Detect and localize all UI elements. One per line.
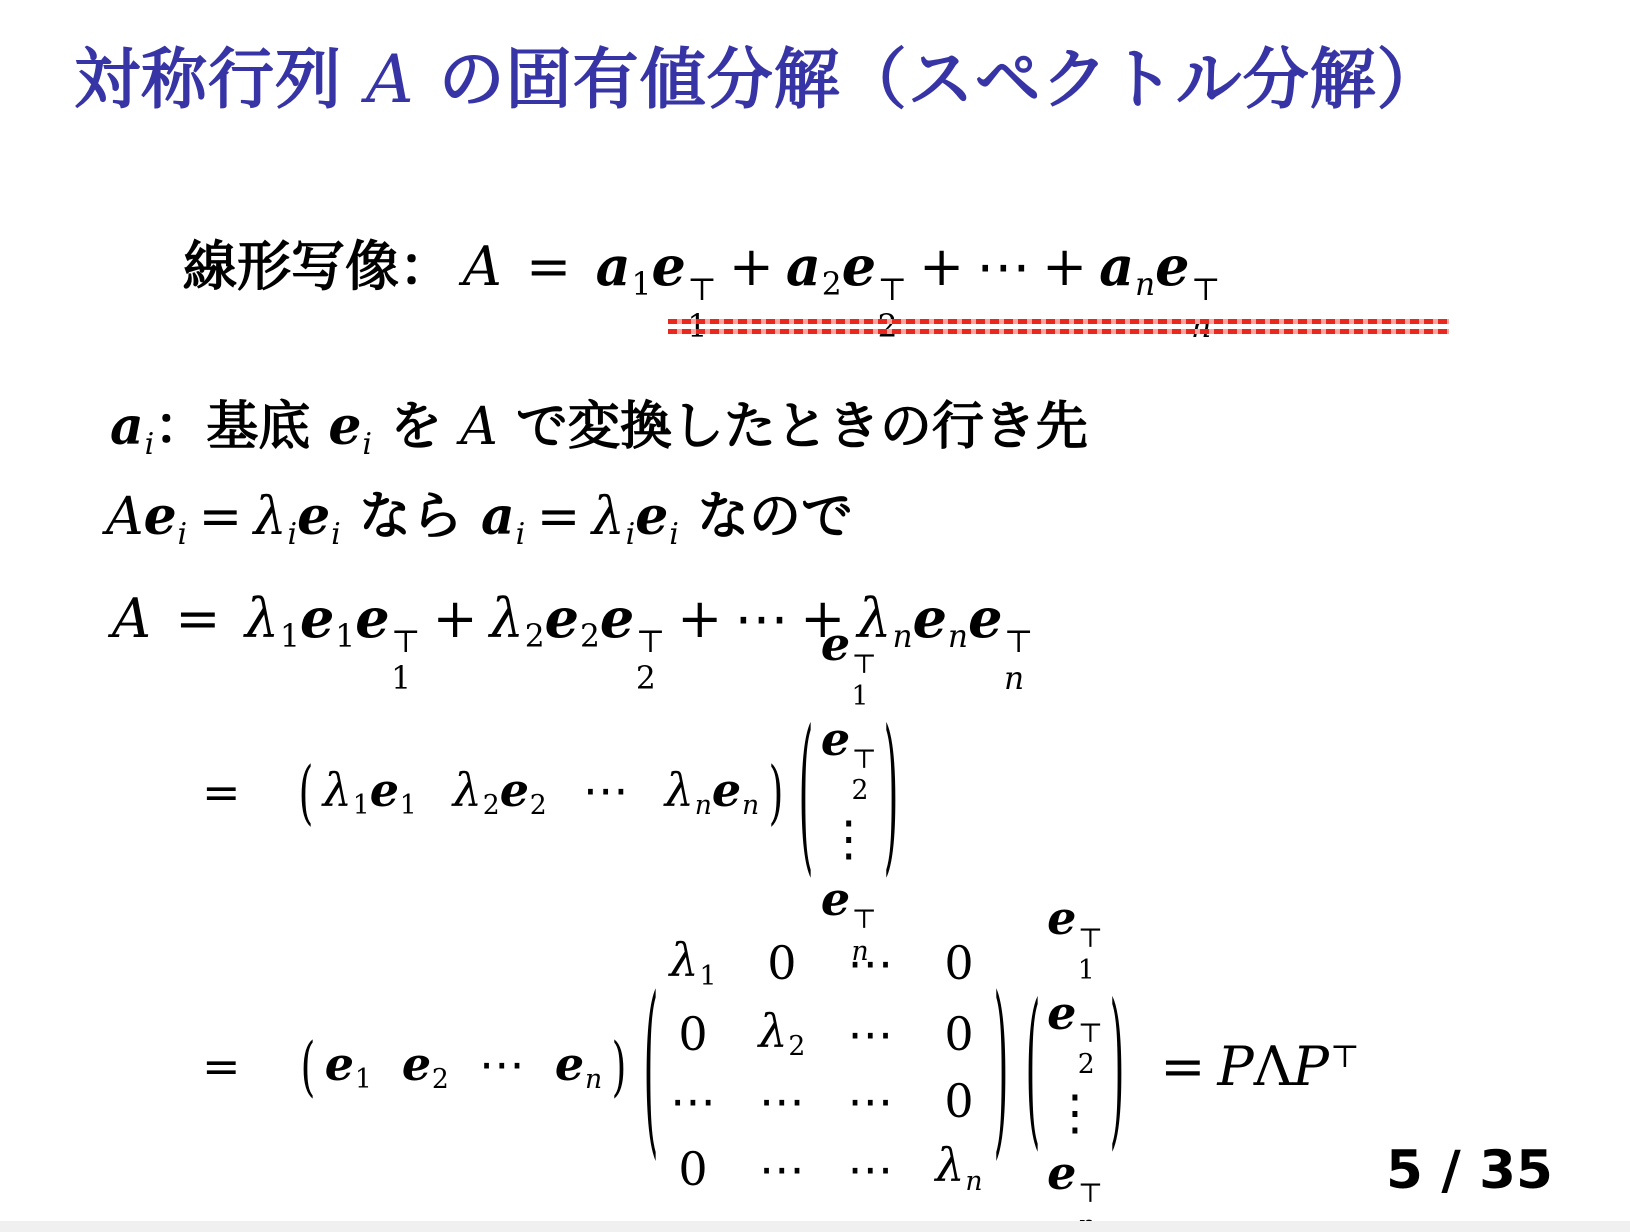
column-vector-cells: e⊤1 e⊤2 ⋮ e⊤n	[1042, 893, 1109, 1232]
linear-map-math: A=a1e⊤1+a2e⊤2+⋯+ane⊤n	[463, 235, 1221, 298]
page-title: 対称行列 A の固有値分解（スペクトル分解）	[74, 26, 1444, 121]
matrix-cell: e1	[325, 1037, 372, 1096]
paren-right: )	[1110, 981, 1125, 1151]
paren-left: (	[644, 972, 659, 1161]
underline-bar	[668, 329, 1449, 334]
matrix-cell: e⊤1	[821, 619, 877, 710]
matrix-cell: λ1e1	[323, 763, 417, 822]
equals-sign: =	[202, 765, 241, 819]
matrix-cell: 0	[678, 1145, 707, 1193]
column-vector-e-transpose: ( e⊤1 e⊤2 ⋮ e⊤n )	[1024, 893, 1127, 1232]
vertical-dots: ⋮	[1051, 1082, 1099, 1144]
equation-diagonal-form: = ( e1 e2 ⋯ en ) ( λ1 0 ⋯ 0 0 λ2 ⋯ 0 ⋯	[202, 938, 1360, 1194]
matrix-cell: λ1	[670, 936, 717, 991]
matrix-cell: ⋯	[479, 1037, 525, 1091]
paren-left: (	[1025, 981, 1040, 1151]
paren-right: )	[769, 758, 784, 827]
row-vector-cells: e1 e2 ⋯ en	[317, 1037, 611, 1096]
matrix-cell: ⋯	[670, 1077, 716, 1125]
explanation-line-2: Aei=λiei なら ai=λiei なので	[106, 474, 853, 552]
column-vector-e-transpose: ( e⊤1 e⊤2 ⋮ e⊤n )	[797, 619, 900, 965]
column-vector-cells: e⊤1 e⊤2 ⋮ e⊤n	[815, 619, 882, 965]
matrix-cell: ⋯	[759, 1145, 805, 1193]
matrix-cell: e⊤1	[1047, 893, 1103, 984]
p-lambda-p-result: =PΛP⊤	[1148, 1035, 1359, 1098]
matrix-cell: 0	[678, 1010, 707, 1058]
footer-bar	[0, 1221, 1630, 1232]
matrix-cell: 0	[767, 939, 796, 987]
matrix-cell: ⋯	[847, 1145, 893, 1193]
matrix-cell: 0	[944, 939, 973, 987]
matrix-cell: ⋯	[847, 1077, 893, 1125]
matrix-cell: ⋯	[759, 1077, 805, 1125]
matrix-cell: λ2e2	[453, 763, 547, 822]
matrix-cell: ⋯	[847, 939, 893, 987]
matrix-cell: ⋯	[847, 1010, 893, 1058]
paren-left: (	[298, 758, 313, 827]
diagonal-lambda-matrix: ( λ1 0 ⋯ 0 0 λ2 ⋯ 0 ⋯ ⋯ ⋯ 0 0 ⋯ ⋯ λn )	[642, 936, 1009, 1196]
page-number: 5 / 35	[1386, 1140, 1553, 1201]
matrix-cell: e⊤2	[1047, 988, 1103, 1079]
matrix-cell: en	[555, 1037, 602, 1096]
paren-right: )	[612, 1034, 627, 1098]
red-double-underline	[668, 319, 1449, 339]
underline-bar	[668, 319, 1449, 324]
row-vector-cells: λ1e1 λ2e2 ⋯ λnen	[315, 763, 768, 822]
vertical-dots: ⋮	[825, 808, 873, 870]
paren-left: (	[799, 707, 814, 877]
paren-left: (	[300, 1034, 315, 1098]
matrix-cell: λn	[935, 1141, 982, 1196]
diagonal-matrix-cells: λ1 0 ⋯ 0 0 λ2 ⋯ 0 ⋯ ⋯ ⋯ 0 0 ⋯ ⋯ λn	[660, 936, 991, 1196]
slide: 対称行列 A の固有値分解（スペクトル分解） 線形写像：A=a1e⊤1+a2e⊤…	[0, 0, 1630, 1232]
equation-row-col: = ( λ1e1 λ2e2 ⋯ λnen ) ( e⊤1 e⊤2 ⋮ e⊤n )	[202, 666, 900, 918]
explanation-line-1: ai：基底 ei を A で変換したときの行き先	[110, 384, 1088, 462]
row-vector-e: ( e1 e2 ⋯ en )	[299, 1037, 629, 1096]
linear-map-label: 線形写像：	[183, 235, 453, 298]
equals-sign: =	[202, 1039, 241, 1093]
matrix-cell: ⋯	[583, 763, 629, 817]
matrix-cell: 0	[944, 1077, 973, 1125]
matrix-cell: e⊤n	[1047, 1148, 1103, 1232]
matrix-cell: λnen	[665, 763, 759, 822]
paren-right: )	[884, 707, 899, 877]
matrix-cell: λ2	[758, 1007, 805, 1062]
matrix-cell: e2	[402, 1037, 449, 1096]
matrix-cell: 0	[944, 1010, 973, 1058]
row-vector-lambda-e: ( λ1e1 λ2e2 ⋯ λnen )	[297, 763, 786, 822]
matrix-cell: e⊤2	[821, 714, 877, 805]
paren-right: )	[993, 972, 1008, 1161]
